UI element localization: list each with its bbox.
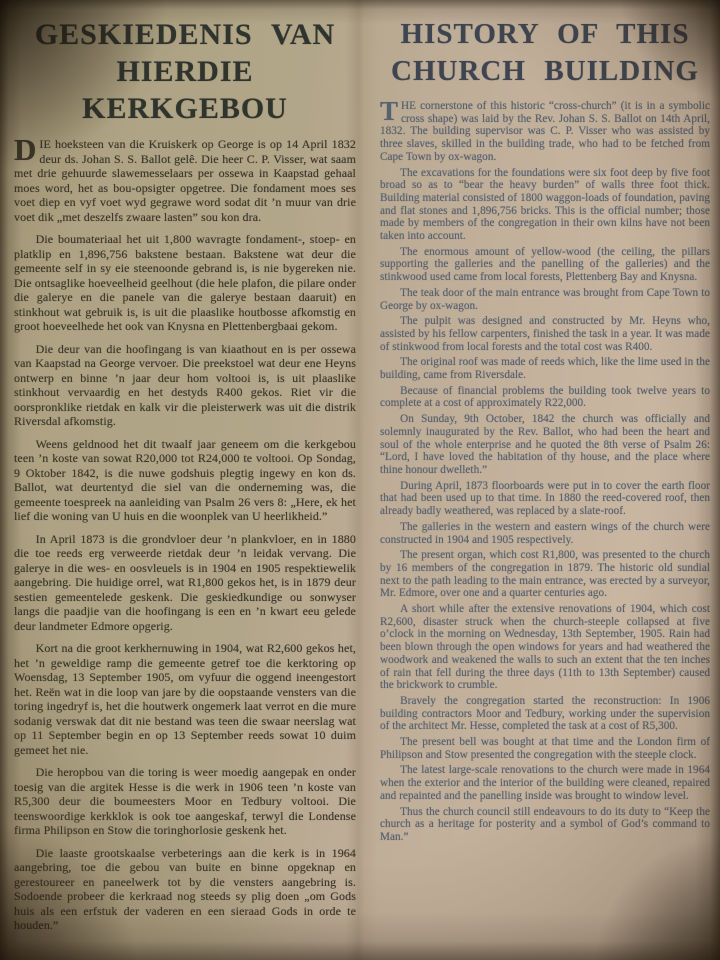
sign-paper: GESKIEDENIS VAN HIERDIE KERKGEBOU DIE ho… [0,0,720,960]
english-paragraph-12: A short while after the extensive renova… [380,603,710,692]
english-paragraph-3: The enormous amount of yellow-wood (the … [380,246,710,284]
afrikaans-paragraph-5: In April 1873 is die grondvloer deur ’n … [14,532,356,634]
english-paragraph-15: The latest large-scale renovations to th… [380,764,710,802]
afrikaans-paragraph-1: DIE hoeksteen van die Kruiskerk op Georg… [14,137,356,224]
photograph-of-church-history-sign: GESKIEDENIS VAN HIERDIE KERKGEBOU DIE ho… [0,0,720,960]
afrikaans-paragraph-7: Die heropbou van die toring is weer moed… [14,765,356,838]
english-paragraph-1: THE cornerstone of this historic “cross-… [380,100,710,164]
english-title: HISTORY OF THIS CHURCH BUILDING [380,16,710,90]
afrikaans-paragraph-4: Weens geldnood het dit twaalf jaar genee… [14,437,356,524]
english-title-line-1: HISTORY OF THIS [380,16,710,53]
english-paragraph-4: The teak door of the main entrance was b… [380,287,710,312]
english-paragraph-2: The excavations for the foundations were… [380,167,710,243]
english-body-text: THE cornerstone of this historic “cross-… [380,100,710,844]
afrikaans-paragraph-2: Die boumateriaal het uit 1,800 wavragte … [14,232,356,334]
english-paragraph-9: During April, 1873 floorboards were put … [380,480,710,518]
afrikaans-paragraph-8: Die laaste grootskaalse verbeterings aan… [14,846,356,933]
english-paragraph-7: Because of financial problems the buildi… [380,385,710,410]
english-paragraph-11: The present organ, which cost R1,800, wa… [380,549,710,600]
dropcap-letter: T [380,100,401,122]
afrikaans-paragraph-6: Kort na die groot kerkhernuwing in 1904,… [14,641,356,757]
afrikaans-body-text: DIE hoeksteen van die Kruiskerk op Georg… [14,137,356,933]
dropcap-letter: D [14,137,39,162]
english-paragraph-16: Thus the church council still endeavours… [380,806,710,844]
english-paragraph-8: On Sunday, 9th October, 1842 the church … [380,413,710,477]
english-column: HISTORY OF THIS CHURCH BUILDING THE corn… [380,12,710,960]
english-paragraph-5: The pulpit was designed and constructed … [380,315,710,353]
afrikaans-paragraph-3: Die deur van die hoofingang is van kiaat… [14,342,356,429]
afrikaans-title: GESKIEDENIS VAN HIERDIE KERKGEBOU [14,16,356,127]
afrikaans-title-line-2: HIERDIE KERKGEBOU [14,53,356,127]
english-paragraph-6: The original roof was made of reeds whic… [380,356,710,381]
english-paragraph-14: The present bell was bought at that time… [380,736,710,761]
afrikaans-title-line-1: GESKIEDENIS VAN [14,16,356,53]
english-title-line-2: CHURCH BUILDING [380,53,710,90]
english-paragraph-10: The galleries in the western and eastern… [380,521,710,546]
english-paragraph-13: Bravely the congregation started the rec… [380,695,710,733]
afrikaans-column: GESKIEDENIS VAN HIERDIE KERKGEBOU DIE ho… [14,12,356,960]
